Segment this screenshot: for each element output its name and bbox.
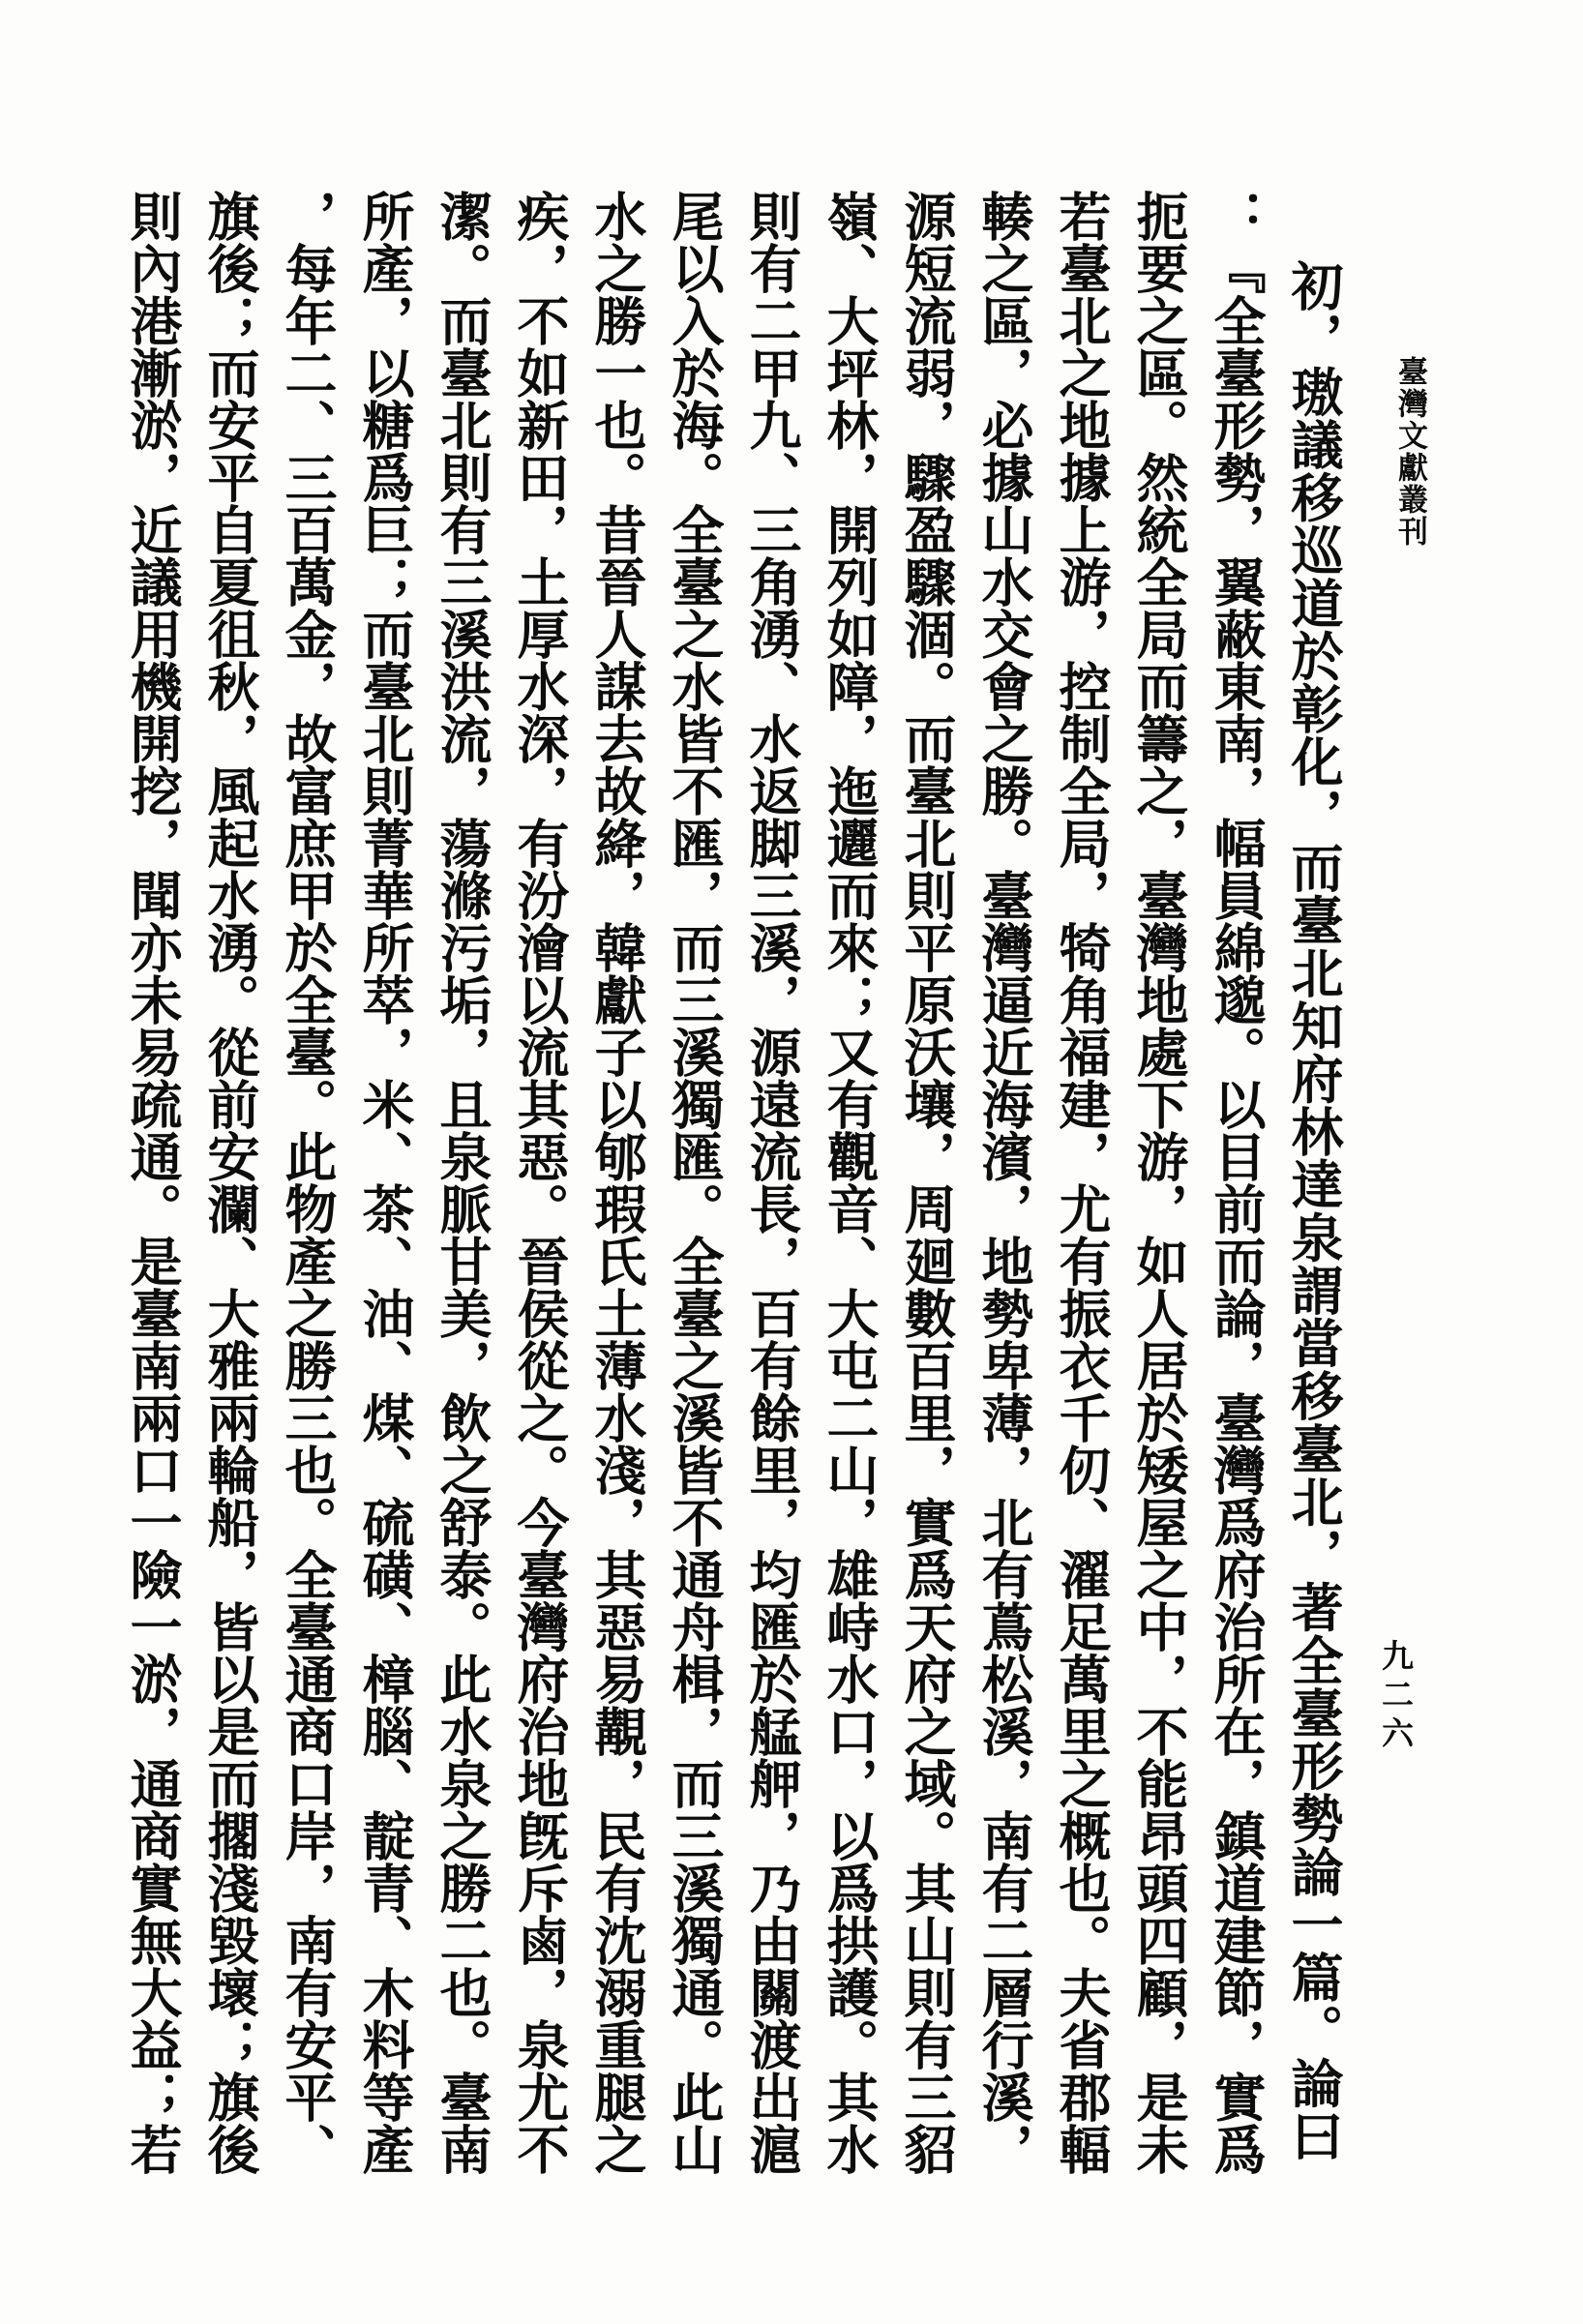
text-column-2: ：『全臺形勢，翼蔽東南，幅員綿邈。以目前而論，臺灣爲府治所在，鎮道建節，實爲	[1198, 190, 1275, 2161]
text-column-11: 疾，不如新田，土厚水深，有汾澮以流其惡。晉侯從之。今臺灣府治地旣斥鹵，泉尤不	[501, 190, 579, 2161]
text-column-7: 嶺、大坪林，開列如障，迤邐而來；又有觀音、大屯二山，雄峙水口，以爲拱護。其水	[811, 190, 888, 2161]
text-column-10: 水之勝一也。昔晉人謀去故絳，韓獻子以郇瑕氏土薄水淺，其惡易覯，民有沈溺重腿之	[579, 190, 656, 2161]
text-column-9: 尾以入於海。全臺之水皆不匯，而三溪獨匯。全臺之溪皆不通舟楫，而三溪獨通。此山	[656, 190, 733, 2161]
text-column-3: 扼要之區。然統全局而籌之，臺灣地處下游，如人居於矮屋之中，不能昂頭四顧，是未	[1120, 190, 1198, 2161]
text-column-1: 初，璈議移巡道於彰化，而臺北知府林達泉謂當移臺北，著全臺形勢論一篇。論曰	[1275, 190, 1353, 2161]
text-column-15: 旗後；而安平自夏徂秋，風起水湧。從前安瀾、大雅兩輪船，皆以是而擱淺毀壞；旗後	[192, 190, 269, 2161]
page-number: 九二六	[1373, 1639, 1419, 1755]
main-text-block: 初，璈議移巡道於彰化，而臺北知府林達泉謂當移臺北，著全臺形勢論一篇。論曰 ：『全…	[114, 190, 1353, 2161]
text-column-14: ，每年二、三百萬金，故富庶甲於全臺。此物產之勝三也。全臺通商口岸，南有安平、	[269, 190, 346, 2161]
text-column-12: 潔。而臺北則有三溪洪流，蕩滌污垢，且泉脈甘美，飲之舒泰。此水泉之勝二也。臺南	[424, 190, 501, 2161]
text-column-8: 則有二甲九、三角湧、水返脚三溪，源遠流長，百有餘里，均匯於艋舺，乃由關渡出滬	[733, 190, 811, 2161]
series-title: 臺灣文獻叢刊	[1389, 356, 1432, 548]
scanned-page: 初，璈議移巡道於彰化，而臺北知府林達泉謂當移臺北，著全臺形勢論一篇。論曰 ：『全…	[0, 0, 1583, 2324]
text-column-5: 輳之區，必據山水交會之勝。臺灣逼近海濱，地勢卑薄，北有蔦松溪，南有二層行溪，	[966, 190, 1043, 2161]
text-column-16: 則內港漸淤，近議用機開挖，聞亦未易疏通。是臺南兩口一險一淤，通商實無大益；若	[114, 190, 192, 2161]
text-column-6: 源短流弱，驟盈驟涸。而臺北則平原沃壤，周廻數百里，實爲天府之域。其山則有三貂	[888, 190, 966, 2161]
text-column-13: 所產，以糖爲巨；而臺北則菁華所萃，米、茶、油、煤、硫磺、樟腦、靛青、木料等產	[346, 190, 424, 2161]
text-column-4: 若臺北之地據上游，控制全局，犄角福建，尤有振衣千仞、濯足萬里之概也。夫省郡輻	[1043, 190, 1120, 2161]
